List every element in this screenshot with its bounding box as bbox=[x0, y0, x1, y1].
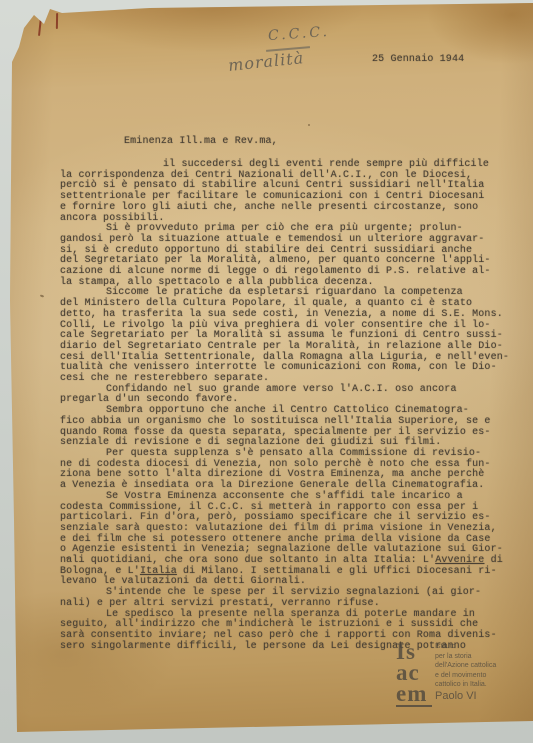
watermark-line: per la storia bbox=[435, 652, 496, 662]
monogram-row: ac bbox=[396, 662, 432, 683]
typed-line: detto, ha trasferita la sua sede costì, … bbox=[60, 310, 518, 321]
watermark-text: Istituto per la storia dell'Azione catto… bbox=[432, 641, 496, 721]
watermark-line: Istituto bbox=[435, 642, 496, 652]
letter-body: il succedersi degli eventi rende sempre … bbox=[60, 160, 518, 652]
watermark-line: cattolico in Italia. bbox=[435, 680, 496, 690]
paper-speck bbox=[308, 124, 310, 126]
letter-salutation: Eminenza Ill.ma e Rev.ma, bbox=[124, 136, 278, 147]
typed-line: e fornire loro gli aiuti che, anche nell… bbox=[60, 203, 518, 214]
archive-watermark: Is ac em Istituto per la storia dell'Azi… bbox=[396, 641, 508, 721]
paper-speck bbox=[40, 294, 44, 297]
red-ink-mark bbox=[38, 17, 42, 36]
red-ink-mark bbox=[56, 13, 58, 29]
letter-paper: C.C.C. moralità 25 Gennaio 1944 Eminenza… bbox=[0, 0, 533, 743]
isacem-monogram: Is ac em bbox=[396, 641, 432, 721]
watermark-line: dell'Azione cattolica bbox=[435, 661, 496, 671]
handwritten-annotation-ccc: C.C.C. bbox=[268, 24, 331, 44]
watermark-line: Paolo VI bbox=[435, 690, 496, 703]
handwritten-annotation-moralita: moralità bbox=[227, 48, 305, 75]
document-scan: C.C.C. moralità 25 Gennaio 1944 Eminenza… bbox=[0, 0, 533, 743]
letter-date: 25 Gennaio 1944 bbox=[372, 54, 464, 65]
monogram-row: em bbox=[396, 683, 432, 707]
typed-line: senziale sarà questo: valutazione dei fi… bbox=[60, 524, 518, 535]
typed-line: nali) e per altri servizi prestati, verr… bbox=[60, 599, 518, 610]
watermark-line: e del movimento bbox=[435, 671, 496, 681]
typed-line: fico abbia un organismo che lo sostituis… bbox=[60, 417, 518, 428]
typed-line: Se Vostra Eminenza acconsente che s'affi… bbox=[106, 492, 518, 503]
monogram-row: Is bbox=[396, 641, 432, 662]
